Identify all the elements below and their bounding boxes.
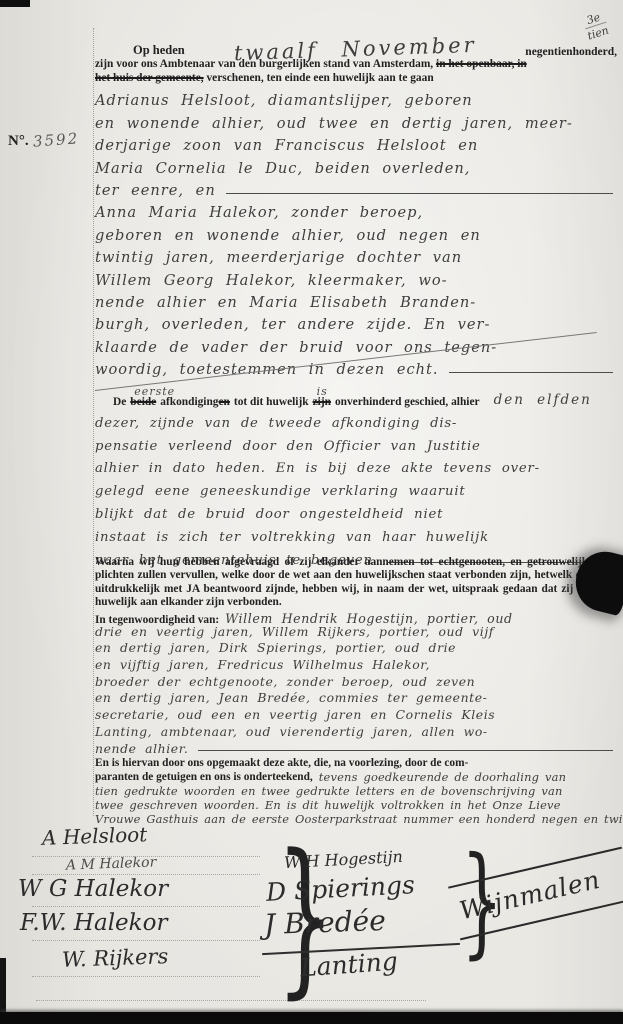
hw-line: dezer, zijnde van de tweede afkondiging …	[95, 412, 617, 431]
hw-line-text: twee geschreven woorden. En is dit huwel…	[95, 798, 561, 812]
hw-line-text: instaat is zich ter voltrekking van haar…	[95, 530, 489, 545]
hw-line: Maria Cornelia le Duc, beiden overleden,	[95, 154, 617, 176]
hw-line-text: klaarde de vader der bruid voor ons tege…	[95, 339, 497, 356]
act-number-label: N°.	[8, 133, 29, 149]
hw-line-text: secretarie, oud een en veertig jaren en …	[95, 707, 495, 722]
hw-line-text: gelegd eene geneeskundige verklaring waa…	[95, 484, 465, 499]
hw-line: secretarie, oud een en veertig jaren en …	[95, 705, 617, 722]
fill-line	[226, 193, 613, 194]
signature-rule	[32, 976, 260, 977]
signature-rule	[32, 874, 260, 875]
hw-line-text: geboren en wonende alhier, oud negen en	[95, 227, 481, 244]
hw-line-text: drie en veertig jaren, Willem Rijkers, p…	[95, 624, 494, 639]
hw-line: en vijftig jaren, Fredricus Wilhelmus Ha…	[95, 655, 617, 672]
hw-line-text: en dertig jaren, Dirk Spierings, portier…	[95, 640, 456, 655]
hw-line-text: tien gedrukte woorden en twee gedrukte l…	[95, 784, 563, 798]
fill-line	[449, 372, 613, 373]
hw-line: twintig jaren, meerderjarige dochter van	[95, 244, 617, 266]
hw-line: Vrouwe Gasthuis aan de eerste Oosterpark…	[95, 812, 619, 826]
hw-line-text: Maria Cornelia le Duc, beiden overleden,	[95, 160, 470, 177]
hw-line-text: Adrianus Helsloot, diamantslijper, gebor…	[95, 92, 473, 109]
signature-witness-halekor: F.W. Halekor	[20, 910, 167, 936]
hw-line-text: twintig jaren, meerderjarige dochter van	[95, 249, 462, 266]
scan-artifact-top-left	[0, 0, 30, 7]
signature-witness-bredee: J Bredée	[263, 904, 386, 941]
hw-line: pensatie verleend door den Officier van …	[95, 435, 617, 454]
closing-mixed-line: paranten de getuigen en ons is onderteek…	[95, 770, 619, 784]
hw-line: blijkt dat de bruid door ongesteldheid n…	[95, 503, 617, 522]
hw-line: tien gedrukte woorden en twee gedrukte l…	[95, 784, 619, 798]
hw-line: klaarde de vader der bruid voor ons tege…	[95, 333, 617, 355]
signature-bride: A M Halekor	[66, 854, 157, 873]
hw-line-text: en vijftig jaren, Fredricus Wilhelmus Ha…	[95, 657, 430, 672]
hw-line-text: dezer, zijnde van de tweede afkondiging …	[95, 416, 457, 431]
banns-section: De eerste beide afkondiging en tot dit h…	[95, 392, 617, 568]
hw-line: burgh, overleden, ter andere zijde. En v…	[95, 311, 617, 333]
hw-line-text: pensatie verleend door den Officier van …	[95, 439, 481, 454]
act-number-value: 3592	[32, 129, 79, 150]
hw-line: derjarige zoon van Franciscus Helsloot e…	[95, 132, 617, 154]
struck-zijn-wrap: is zijn	[313, 396, 331, 408]
closing-section: En is hiervan door ons opgemaakt deze ak…	[95, 757, 619, 825]
struck-openbaar: in het openbaar, in	[436, 58, 527, 70]
signature-witness-rijkers: W. Rijkers	[62, 944, 169, 972]
hw-line-text: nende alhier.	[95, 741, 188, 756]
hw-line-text: broeder der echtgenoote, zonder beroep, …	[95, 674, 475, 689]
signature-rule	[36, 1000, 426, 1001]
hw-line: en dertig jaren, Jean Bredée, commies te…	[95, 689, 617, 706]
banns-post: onverhinderd geschied, alhier	[335, 396, 480, 408]
scan-artifact-left-edge	[0, 958, 6, 1012]
hw-line: broeder der echtgenoote, zonder beroep, …	[95, 672, 617, 689]
hw-line-text: nende alhier en Maria Elisabeth Branden-	[95, 294, 476, 311]
hw-line: nende alhier.	[95, 739, 617, 756]
printed-year: negentienhonderd,	[525, 46, 617, 58]
vows-section: Waarna wij hun hebben afgevraagd of zij …	[95, 556, 619, 626]
hw-line-text: Vrouwe Gasthuis aan de eerste Oosterpark…	[95, 812, 623, 826]
insert-is: is	[317, 385, 328, 398]
act-number: N°. 3592	[8, 131, 79, 150]
vows-paragraph: Waarna wij hun hebben afgevraagd of zij …	[95, 556, 619, 610]
margin-rule	[93, 28, 94, 816]
hw-line-text: burgh, overleden, ter andere zijde. En v…	[95, 316, 490, 333]
hw-line-text: en wonende alhier, oud twee en dertig ja…	[95, 115, 573, 132]
struck-beide-wrap: eerste beide	[130, 396, 156, 408]
hw-line-text: Willem Georg Halekor, kleermaker, wo-	[95, 272, 448, 289]
struck-huis-der-gemeente: het huis der gemeente,	[95, 72, 204, 84]
fill-line	[198, 750, 613, 751]
closing-printed-line-1: En is hiervan door ons opgemaakt deze ak…	[95, 757, 619, 770]
hw-line: gelegd eene geneeskundige verklaring waa…	[95, 480, 617, 499]
banns-de: De	[113, 396, 126, 408]
scan-artifact-bottom-bar	[0, 1012, 623, 1024]
op-heden-label: Op heden	[133, 43, 185, 58]
hw-line: Adrianus Helsloot, diamantslijper, gebor…	[95, 87, 617, 109]
struck-en-suffix: en	[219, 396, 230, 408]
hw-line: instaat is zich ter voltrekking van haar…	[95, 526, 617, 545]
hw-line-text: en dertig jaren, Jean Bredée, commies te…	[95, 690, 487, 705]
hw-line: en dertig jaren, Dirk Spierings, portier…	[95, 639, 617, 656]
hw-line: en wonende alhier, oud twee en dertig ja…	[95, 109, 617, 131]
hw-line-text: ter eenre, en	[95, 182, 216, 199]
hw-line: drie en veertig jaren, Willem Rijkers, p…	[95, 622, 617, 639]
hw-line-text: alhier in dato heden. En is bij deze akt…	[95, 461, 540, 476]
hw-line-text: derjarige zoon van Franciscus Helsloot e…	[95, 137, 478, 154]
witnesses-handwritten-block: drie en veertig jaren, Willem Rijkers, p…	[95, 622, 617, 756]
signature-rule	[32, 940, 260, 941]
banns-hw-tail: den elfden	[494, 392, 592, 408]
hw-line: Willem Georg Halekor, kleermaker, wo-	[95, 266, 617, 288]
closing-hw-inline: tevens goedkeurende de doorhaling van	[319, 770, 566, 784]
parties-handwritten-block: Adrianus Helsloot, diamantslijper, gebor…	[95, 87, 617, 378]
intro-line-3: het huis der gemeente, verschenen, ten e…	[95, 72, 617, 86]
intro-line-3-text: verschenen, ten einde een huwelijk aan t…	[206, 72, 433, 84]
hw-line: ter eenre, en	[95, 177, 617, 199]
hw-line: twee geschreven woorden. En is dit huwel…	[95, 798, 619, 812]
hw-line: geboren en wonende alhier, oud negen en	[95, 221, 617, 243]
hw-line: nende alhier en Maria Elisabeth Branden-	[95, 289, 617, 311]
hw-line-text: Lanting, ambtenaar, oud vierendertig jar…	[95, 724, 488, 739]
signature-father-bride: W G Halekor	[18, 876, 168, 902]
marriage-certificate-page: 3e tien N°. 3592 Op heden twaalf Novembe…	[0, 0, 623, 1024]
hw-line: Lanting, ambtenaar, oud vierendertig jar…	[95, 722, 617, 739]
hw-line-text: Anna Maria Halekor, zonder beroep,	[95, 204, 423, 221]
hw-line: Anna Maria Halekor, zonder beroep,	[95, 199, 617, 221]
intro-section: Op heden twaalf November negentienhonder…	[95, 16, 617, 85]
banns-printed-line: De eerste beide afkondiging en tot dit h…	[95, 392, 617, 408]
intro-date-line: Op heden twaalf November negentienhonder…	[95, 16, 617, 58]
signature-witness-lanting: Lanting	[299, 947, 399, 983]
closing-printed-line-2: paranten de getuigen en ons is onderteek…	[95, 771, 313, 784]
signature-rule	[32, 856, 260, 857]
signature-groom: A Helsloot	[42, 822, 148, 850]
insert-eerste: eerste	[134, 385, 175, 398]
hw-line-text: blijkt dat de bruid door ongesteldheid n…	[95, 507, 443, 522]
signature-rule	[32, 906, 260, 907]
banns-mid: tot dit huwelijk	[234, 396, 309, 408]
hw-line: alhier in dato heden. En is bij deze akt…	[95, 458, 617, 477]
